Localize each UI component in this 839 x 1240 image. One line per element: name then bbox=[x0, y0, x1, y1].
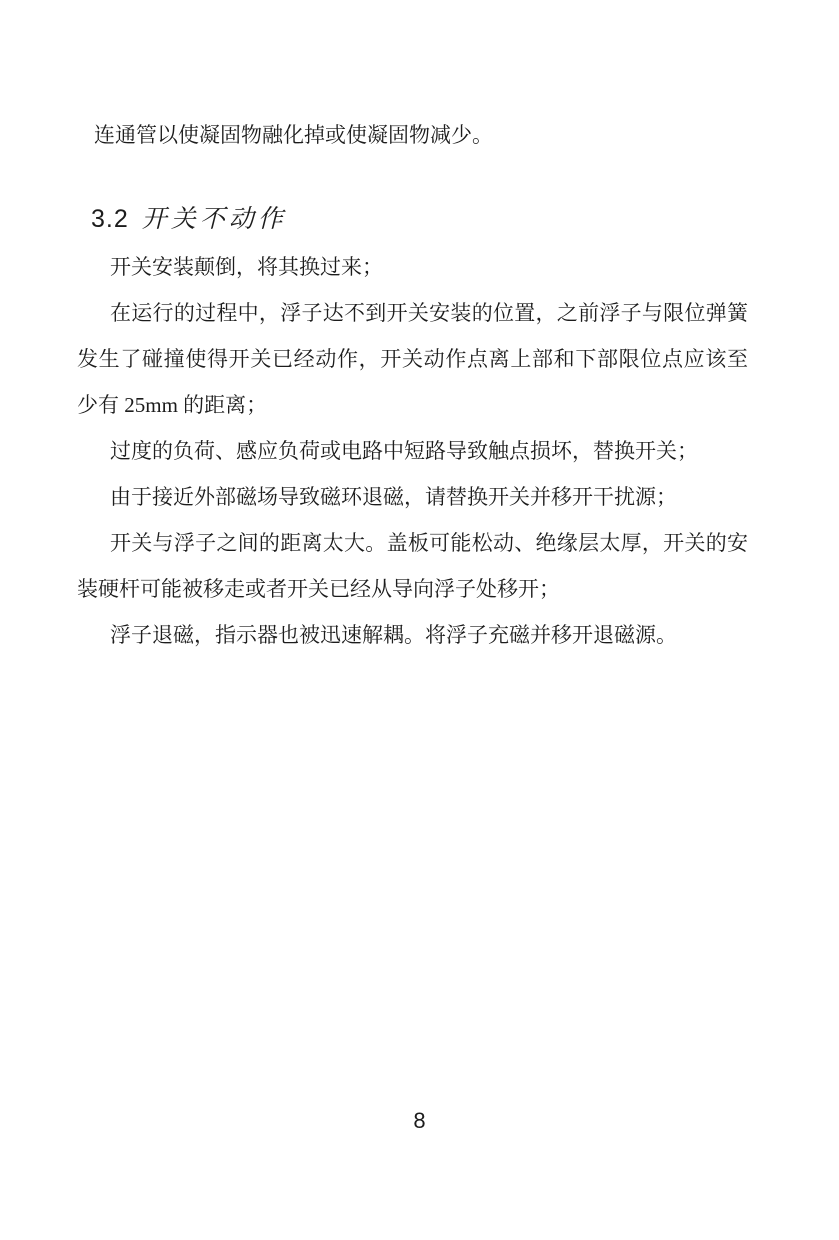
intro-paragraph-line: 连通管以使凝固物融化掉或使凝固物减少。 bbox=[94, 121, 493, 149]
body-paragraph: 在运行的过程中，浮子达不到开关安装的位置，之前浮子与限位弹簧发生了碰撞使得开关已… bbox=[77, 290, 748, 428]
section-number: 3.2 bbox=[91, 205, 129, 233]
body-paragraph: 开关与浮子之间的距离太大。盖板可能松动、绝缘层太厚，开关的安装硬杆可能被移走或者… bbox=[77, 520, 748, 612]
document-page: 连通管以使凝固物融化掉或使凝固物减少。 3.2开关不动作 开关安装颠倒，将其换过… bbox=[0, 0, 839, 1240]
body-paragraph: 开关安装颠倒，将其换过来； bbox=[77, 244, 748, 290]
section-title: 开关不动作 bbox=[142, 206, 287, 233]
body-text-block: 开关安装颠倒，将其换过来； 在运行的过程中，浮子达不到开关安装的位置，之前浮子与… bbox=[77, 244, 748, 658]
section-heading: 3.2开关不动作 bbox=[91, 203, 287, 236]
body-paragraph: 由于接近外部磁场导致磁环退磁，请替换开关并移开干扰源； bbox=[77, 474, 748, 520]
page-number: 8 bbox=[0, 1106, 839, 1136]
body-paragraph: 过度的负荷、感应负荷或电路中短路导致触点损坏，替换开关； bbox=[77, 428, 748, 474]
body-paragraph: 浮子退磁，指示器也被迅速解耦。将浮子充磁并移开退磁源。 bbox=[77, 612, 748, 658]
